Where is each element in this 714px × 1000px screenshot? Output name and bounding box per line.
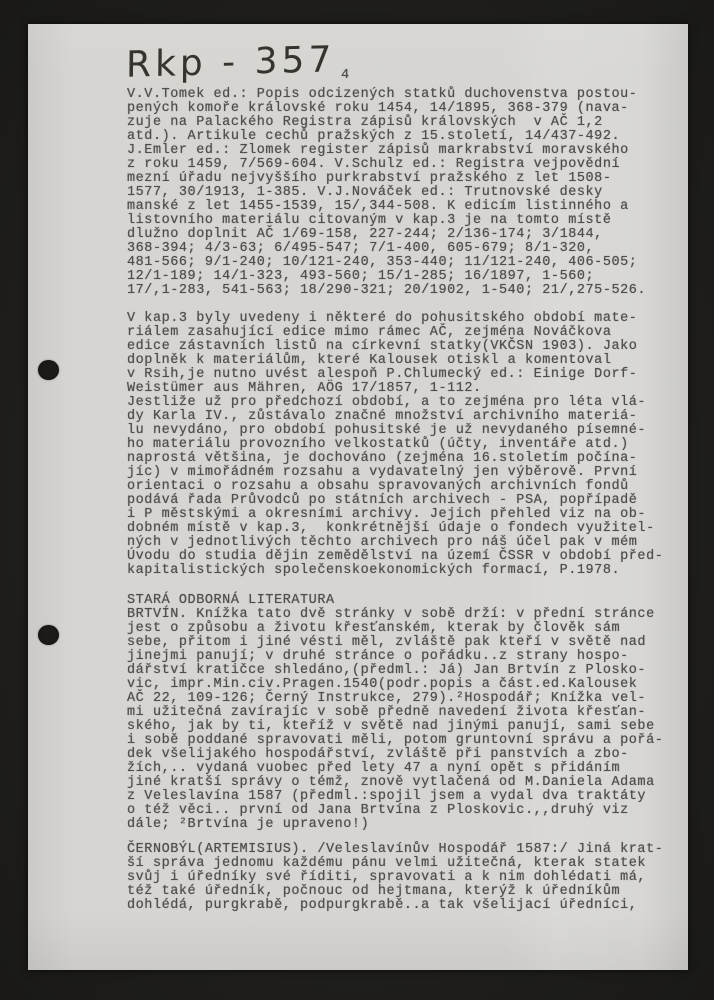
text-line: Weistümer aus Mähren, AÖG 17/1857, 1-112…	[127, 382, 663, 396]
text-line: z roku 1459, 7/569-604. V.Schulz ed.: Re…	[127, 158, 663, 172]
text-line: naprostá většina, je dochováno (zejména …	[127, 452, 663, 466]
text-line: V kap.3 byly uvedeny i některé do pohusi…	[127, 312, 663, 326]
text-line: vic, impr.Min.civ.Pragen.1540(podr.popis…	[127, 678, 663, 692]
paragraph-archives: Jestliže už pro předchozí období, a to z…	[127, 396, 663, 578]
text-line: J.Emler ed.: Zlomek register zápisů mark…	[127, 144, 663, 158]
text-line: mi užitečná zavírajíc v sobě předně nave…	[127, 706, 663, 720]
text-line: BRTVÍN. Knížka tato dvě stránky v sobě d…	[127, 608, 663, 622]
text-line: mezní úřadu nejvyššího purkrabství pražs…	[127, 172, 663, 186]
text-line: lu nevydáno, pro období pohusitské je už…	[127, 424, 663, 438]
text-line: edice zástavních listů na církevní statk…	[127, 340, 663, 354]
text-line: ho materiálu provozního velkostatků (účt…	[127, 438, 663, 452]
text-line: 368-394; 4/3-63; 6/495-547; 7/1-400, 605…	[127, 242, 663, 256]
text-line: 1577, 30/1913, 1-385. V.J.Nováček ed.: T…	[127, 186, 663, 200]
text-line: sebe, přitom i jiné vésti měl, zvláště p…	[127, 636, 663, 650]
text-line: V.V.Tomek ed.: Popis odcizených statků d…	[127, 88, 663, 102]
text-line: dlužno doplnit AČ 1/69-158, 227-244; 2/1…	[127, 228, 663, 242]
text-line: listovního materiálu citovaným v kap.3 j…	[127, 214, 663, 228]
paragraph-editions: V.V.Tomek ed.: Popis odcizených statků d…	[127, 88, 663, 298]
text-line: svůj i úředníky své říditi, spravovati a…	[127, 871, 663, 885]
text-line: STARÁ ODBORNÁ LITERATURA	[127, 594, 663, 608]
text-line: dobném místě v kap.3, konkrétnější údaje…	[127, 522, 663, 536]
punch-hole	[38, 625, 59, 645]
document-page: Rkp - 357 4 V.V.Tomek ed.: Popis odcizen…	[28, 24, 688, 970]
text-line: kapitalistických společenskoekonomických…	[127, 564, 663, 578]
text-line: dále; ²Brtvína je upraveno!)	[127, 818, 663, 832]
section-heading: STARÁ ODBORNÁ LITERATURA	[127, 594, 663, 608]
text-line: dy Karla IV., zůstávalo značné množství …	[127, 410, 663, 424]
text-line: též také úředník, počnouc od hejtmana, k…	[127, 885, 663, 899]
text-line: i sobě poddané spravovati měli, potom gr…	[127, 734, 663, 748]
handwritten-catalog-number: Rkp - 357	[126, 39, 336, 86]
text-line: v Rsih,je nutno uvést alespoň P.Chlumeck…	[127, 368, 663, 382]
text-line: pených komoře královské roku 1454, 14/18…	[127, 102, 663, 116]
text-line: ČERNOBÝL(ARTEMISIUS). /Veleslavínův Hosp…	[127, 843, 663, 857]
text-line: 12/1-189; 14/1-323, 493-560; 15/1-285; 1…	[127, 270, 663, 284]
text-line: Úvodu do studia dějin zemědělství na úze…	[127, 550, 663, 564]
text-line: 481-566; 9/1-240; 10/121-240, 353-440; 1…	[127, 256, 663, 270]
text-line: jíc) v mimořádném rozsahu a vydavatelný …	[127, 466, 663, 480]
text-line: o též věci.. první od Jana Brtvína z Plo…	[127, 804, 663, 818]
text-line: jiné kratší správy o témž, znově vytlače…	[127, 776, 663, 790]
text-line: i P městskými a okresními archivy. Jejic…	[127, 508, 663, 522]
text-line: podává řada Průvodců po státních archive…	[127, 494, 663, 508]
typed-text-area: V.V.Tomek ed.: Popis odcizených statků d…	[127, 88, 663, 913]
text-line: dek všelijakého hospodářství, zvláště př…	[127, 748, 663, 762]
text-line: atd.). Artikule cechů pražských z 15.sto…	[127, 130, 663, 144]
punch-hole	[38, 360, 59, 380]
text-line: ského, jak by ti, kteříž v světě nad jin…	[127, 720, 663, 734]
text-line: dohlédá, purgkrabě, podpurgkrabě..a tak …	[127, 899, 663, 913]
text-line: dářství kratičce shledáno,(předml.: Já) …	[127, 664, 663, 678]
text-line: Jestliže už pro předchozí období, a to z…	[127, 396, 663, 410]
text-line: jest o způsobu a životu křesťanském, kte…	[127, 622, 663, 636]
text-line: 17/,1-283, 541-563; 18/290-321; 20/1902,…	[127, 284, 663, 298]
text-line: ší správa jednomu každému pánu velmi uži…	[127, 857, 663, 871]
text-line: jinejmi panují; v druhé stránce o pořádk…	[127, 650, 663, 664]
text-line: zuje na Palackého Registra zápisů králov…	[127, 116, 663, 130]
page-number: 4	[341, 68, 349, 83]
text-line: doplněk k materiálům, které Kalousek oti…	[127, 354, 663, 368]
text-line: orientaci o rozsahu a obsahu spravovanýc…	[127, 480, 663, 494]
paragraph-cernobyl: ČERNOBÝL(ARTEMISIUS). /Veleslavínův Hosp…	[127, 843, 663, 913]
paragraph-supplement: V kap.3 byly uvedeny i některé do pohusi…	[127, 312, 663, 396]
paragraph-brtvin: BRTVÍN. Knížka tato dvě stránky v sobě d…	[127, 608, 663, 832]
text-line: manské z let 1455-1539, 15/,344-508. K e…	[127, 200, 663, 214]
text-line: AČ 22, 109-126; Černý Instrukce, 279).²H…	[127, 692, 663, 706]
text-line: riálem zasahující edice mimo rámec AČ, z…	[127, 326, 663, 340]
text-line: z Veleslavína 1587 (předml.:spojil jsem …	[127, 790, 663, 804]
text-line: ných v jednotlivých těchto archivech pro…	[127, 536, 663, 550]
text-line: žích,.. vydaná vuobec před lety 47 a nyn…	[127, 762, 663, 776]
